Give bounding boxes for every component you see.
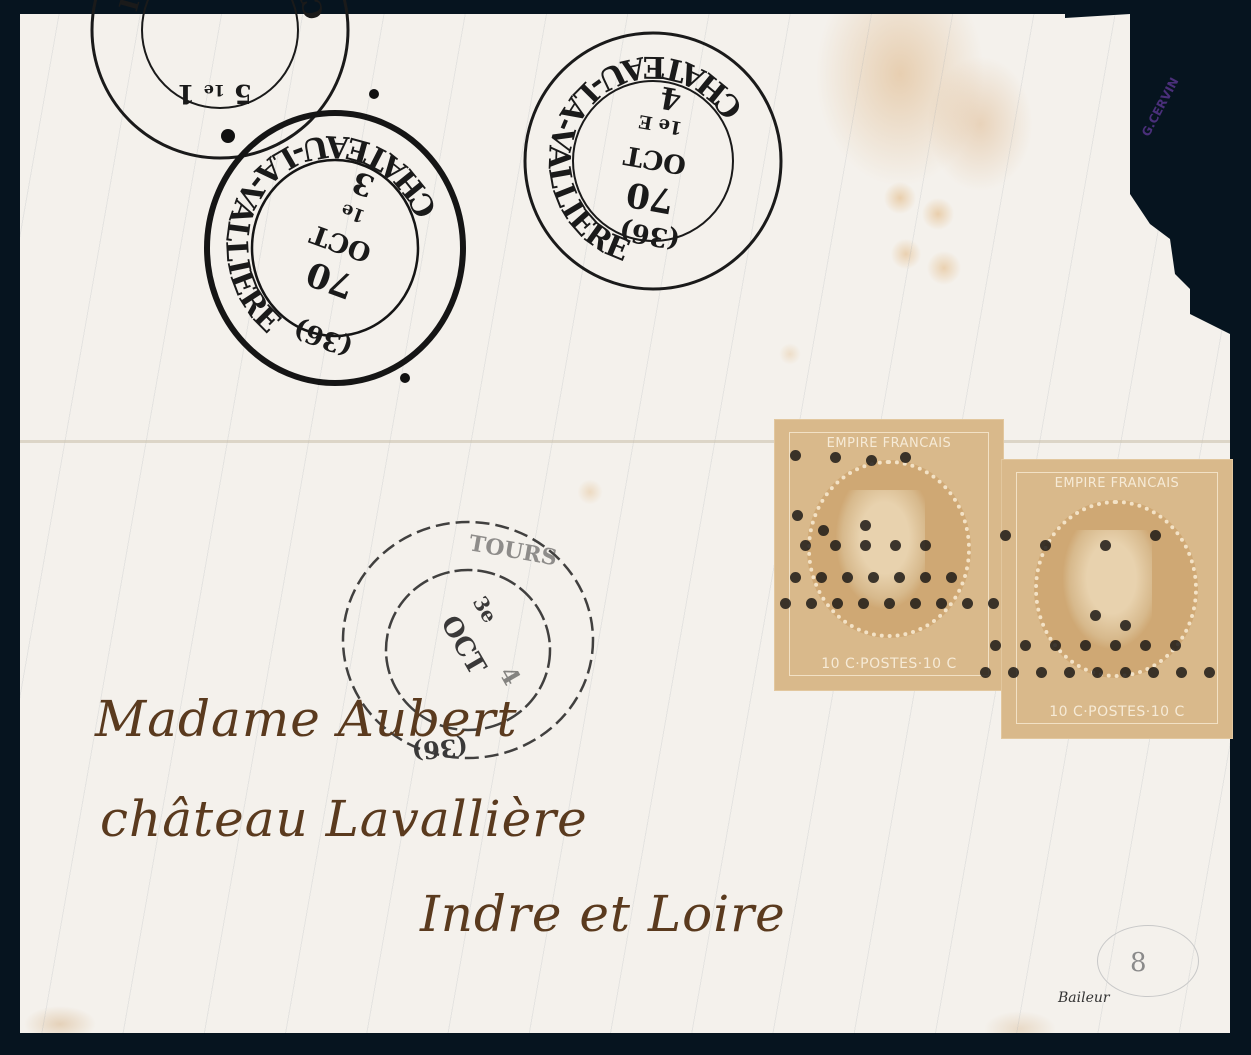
cancel-dot: [830, 452, 841, 463]
cancel-dot: [1148, 667, 1159, 678]
cancel-dot: [988, 598, 999, 609]
postmark-left-bold: CHATEAU-LA-VALLIERE (36) 70 OCT 1e 3: [200, 88, 470, 398]
cancel-dot: [1080, 640, 1091, 651]
cancel-dot: [860, 540, 871, 551]
napoleon-head-icon: [835, 490, 925, 610]
cancel-dot: [790, 450, 801, 461]
cancel-dot: [1170, 640, 1181, 651]
cancel-dot: [890, 540, 901, 551]
cancel-dot: [860, 520, 871, 531]
cancel-dot: [1150, 530, 1161, 541]
svg-text:(36): (36): [290, 313, 357, 362]
svg-text:CHATEAU-LA-VALLIERE: CHATEAU-LA-VALLIERE: [200, 95, 466, 346]
cancel-dot: [936, 598, 947, 609]
cancel-dot: [894, 572, 905, 583]
svg-text:3e: 3e: [468, 592, 502, 627]
cancel-dot: [1100, 540, 1111, 551]
pencil-number: 8: [1130, 948, 1147, 978]
expert-mark: G.CERVIN: [1139, 75, 1182, 138]
fold-line: [20, 440, 1230, 443]
postmark-top-center: CHATEAU-LA-VALLIERE (36) 70 OCT 1e E 4: [518, 26, 788, 296]
stamp-value-text: 10 C·POSTES·10 C: [1016, 704, 1218, 720]
cancel-dot: [1140, 640, 1151, 651]
cancel-dot: [780, 598, 791, 609]
stamp-top-text: EMPIRE FRANCAIS: [789, 436, 989, 451]
cancel-dot: [920, 572, 931, 583]
cancel-dot: [806, 598, 817, 609]
cancel-dot: [962, 598, 973, 609]
stamp-left: EMPIRE FRANCAIS 10 C·POSTES·10 C: [775, 420, 1003, 690]
cancel-dot: [1110, 640, 1121, 651]
cancel-dot: [1092, 667, 1103, 678]
cancel-dot: [792, 510, 803, 521]
cancel-dot: [1176, 667, 1187, 678]
cancel-dot: [868, 572, 879, 583]
svg-text:4: 4: [493, 661, 526, 690]
cancel-dot: [842, 572, 853, 583]
cancel-dot: [980, 667, 991, 678]
cancel-dot: [1040, 540, 1051, 551]
stamp-top-text: EMPIRE FRANCAIS: [1016, 476, 1218, 491]
cancel-dot: [800, 540, 811, 551]
cancel-dot: [900, 452, 911, 463]
stamp-right: EMPIRE FRANCAIS 10 C·POSTES·10 C: [1002, 460, 1232, 738]
cancel-dot: [1064, 667, 1075, 678]
cancel-dot: [1120, 667, 1131, 678]
cancel-dot: [1090, 610, 1101, 621]
cancel-dot: [1120, 620, 1131, 631]
cancel-dot: [858, 598, 869, 609]
address-line-2: château Lavallière: [100, 790, 588, 848]
svg-text:4: 4: [658, 79, 685, 117]
cancel-dot: [1008, 667, 1019, 678]
cancel-dot: [1000, 530, 1011, 541]
svg-text:70: 70: [623, 173, 677, 221]
cancel-dot: [1036, 667, 1047, 678]
cancel-dot: [830, 540, 841, 551]
cancel-dot: [946, 572, 957, 583]
svg-text:TOURS: TOURS: [467, 530, 559, 571]
cancel-dot: [866, 455, 877, 466]
cancel-dot: [816, 572, 827, 583]
cancel-dot: [1204, 667, 1215, 678]
cancel-dot: [818, 525, 829, 536]
address-line-1: Madame Aubert: [95, 690, 518, 748]
cancel-dot: [884, 598, 895, 609]
address-line-3: Indre et Loire: [420, 885, 786, 943]
cancel-dot: [1050, 640, 1061, 651]
svg-text:1: 1: [177, 78, 195, 108]
svg-text:3: 3: [348, 163, 380, 203]
cancel-dot: [832, 598, 843, 609]
expert-signature: Baileur: [1058, 990, 1110, 1006]
stamp-value-text: 10 C·POSTES·10 C: [789, 656, 989, 672]
pencil-oval: [1097, 925, 1199, 997]
cancel-dot: [1020, 640, 1031, 651]
cancel-dot: [790, 572, 801, 583]
cancel-dot: [910, 598, 921, 609]
cancel-dot: [990, 640, 1001, 651]
cancel-dot: [920, 540, 931, 551]
